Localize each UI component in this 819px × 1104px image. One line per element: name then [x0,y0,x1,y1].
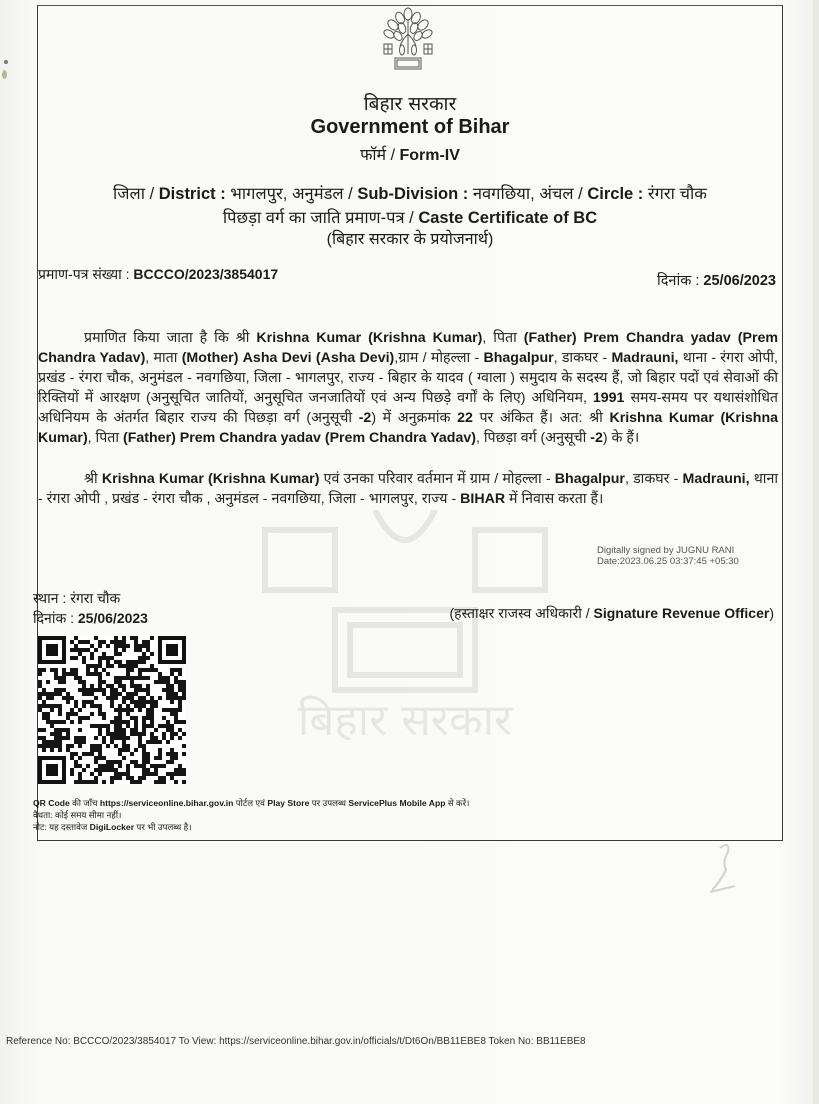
qr-note-text: पोर्टल एवं [233,798,267,808]
body-text: प्रमाणित किया जाता है कि श्री [84,330,256,346]
circle-value: रंगरा चौक [643,185,707,203]
location-line: जिला / District : भागलपुर, अनुमंडल / Sub… [37,181,783,204]
issue-place: स्थान : रंगरा चौक [33,589,120,608]
digital-signature-date: Date:2023.06.25 03:37:45 +05:30 [597,556,739,567]
body-emphasis: Madrauni, [611,350,678,366]
body-text: , माता [145,350,181,366]
signature-label-english: Signature Revenue Officer [594,605,770,621]
certificate-title-english: Caste Certificate of BC [418,209,597,227]
title-english: Government of Bihar [37,116,783,139]
district-label: District : [159,185,226,203]
body-text: , पिता [482,330,523,346]
title-hindi: बिहार सरकार [37,90,783,116]
body-emphasis: BIHAR [460,491,505,507]
digital-signature-stamp: Digitally signed by JUGNU RANI Date:2023… [597,545,739,567]
digilocker-note: नोट: यह दस्तावेज DigiLocker पर भी उपलब्ध… [33,821,469,833]
issue-date-value: 25/06/2023 [78,610,148,626]
body-emphasis: 1991 [593,390,625,406]
certificate-date-label: दिनांक : [657,273,703,289]
body-text: श्री [84,471,102,487]
certificate-body-paragraph-2: श्री Krishna Kumar (Krishna Kumar) एवं उ… [38,469,778,509]
svg-text:बिहार सरकार: बिहार सरकार [298,695,513,740]
form-hindi: फॉर्म [360,147,386,164]
signature-revenue-officer: (हस्ताक्षर राजस्व अधिकारी / Signature Re… [450,604,775,623]
body-emphasis: -2 [359,410,372,426]
issue-place-value: रंगरा चौक [70,590,120,606]
certificate-title-hindi: पिछड़ा वर्ग का जाति प्रमाण-पत्र / [223,209,418,227]
digilocker-name: DigiLocker [90,822,134,832]
body-text: ,ग्राम / मोहल्ला - [394,350,483,366]
body-emphasis: -2 [590,430,603,446]
watermark-emblem-icon: बिहार सरकार [255,510,555,740]
issue-place-label: स्थान : [33,590,70,606]
service-portal-link[interactable]: https://serviceonline.bihar.gov.in [100,798,234,808]
body-emphasis: Bhagalpur [555,471,625,487]
digilocker-note-text: पर भी उपलब्ध है। [134,822,191,832]
digital-signature-signer: Digitally signed by JUGNU RANI [597,545,739,556]
district-label-hindi: जिला / [113,185,159,203]
body-text: , पिछड़ा वर्ग (अनुसूची [476,430,590,446]
body-emphasis: (Father) Prem Chandra yadav (Prem Chandr… [123,430,476,446]
body-text: , डाकघर - [554,350,612,366]
qr-note-line-1: QR Code की जाँच https://serviceonline.bi… [33,797,469,809]
paper-edge [813,0,819,1104]
issue-date-label: दिनांक : [33,610,78,626]
circle-label: Circle : [587,185,643,203]
qr-note-text: की जाँच [70,798,100,808]
certificate-date-value: 25/06/2023 [703,273,776,289]
pen-mark [700,840,750,900]
subdivision-value: नवगछिया, [468,185,539,203]
body-text: पर अंकित हैं। अत: श्री [473,410,610,426]
body-text: , पिता [88,430,123,446]
qr-note-playstore: Play Store [267,798,309,808]
certificate-title: पिछड़ा वर्ग का जाति प्रमाण-पत्र / Caste … [37,205,783,228]
circle-label-hindi: अंचल / [539,185,587,203]
qr-code-icon[interactable] [38,636,186,784]
issue-date: दिनांक : 25/06/2023 [33,609,148,628]
bihar-government-emblem-icon [378,6,438,72]
district-value: भागलपुर, [226,185,292,203]
body-emphasis: 22 [457,410,473,426]
body-emphasis: Bhagalpur [483,350,553,366]
certificate-number-label: प्रमाण-पत्र संख्या : [38,266,133,282]
subdivision-label-hindi: अनुमंडल / [292,185,357,203]
qr-note-text: पर उपलब्ध [309,798,348,808]
paper-speck [4,60,8,64]
body-emphasis: Madrauni, [683,471,750,487]
digilocker-note-text: नोट: यह दस्तावेज [33,822,90,832]
body-text: , डाकघर - [625,471,683,487]
reference-footer: Reference No: BCCCO/2023/3854017 To View… [6,1036,586,1047]
certificate-number-value: BCCCO/2023/3854017 [133,266,278,282]
form-title: फॉर्म / Form-IV [37,143,783,165]
paper-stain [2,70,7,79]
subdivision-label: Sub-Division : [357,185,468,203]
qr-note-app: ServicePlus Mobile App [348,798,445,808]
body-text: ) के हैं। [603,430,639,446]
certificate-date: दिनांक : 25/06/2023 [657,270,776,290]
body-emphasis: Krishna Kumar (Krishna Kumar) [102,471,320,487]
certificate-number: प्रमाण-पत्र संख्या : BCCCO/2023/3854017 [38,265,278,284]
qr-note-text: से करें। [445,798,469,808]
form-english: Form-IV [399,147,459,164]
body-text: ) में अनुक्रमांक [371,410,457,426]
body-emphasis: Krishna Kumar (Krishna Kumar) [256,330,482,346]
signature-label-hindi: (हस्ताक्षर राजस्व अधिकारी / [450,605,594,621]
signature-label-close: ) [769,605,774,621]
body-text: एवं उनका परिवार वर्तमान में ग्राम / मोहल… [319,471,554,487]
qr-verification-note: QR Code की जाँच https://serviceonline.bi… [33,797,469,833]
body-text: में निवास करता हैं। [505,491,603,507]
qr-note-qrcode: QR Code [33,798,70,808]
certificate-body-paragraph-1: प्रमाणित किया जाता है कि श्री Krishna Ku… [38,328,778,448]
body-emphasis: (Mother) Asha Devi (Asha Devi) [182,350,395,366]
certificate-purpose: (बिहार सरकार के प्रयोजनार्थ) [37,227,783,249]
validity-note: वैधता: कोई समय सीमा नहीं। [33,809,469,821]
form-separator: / [386,147,399,164]
